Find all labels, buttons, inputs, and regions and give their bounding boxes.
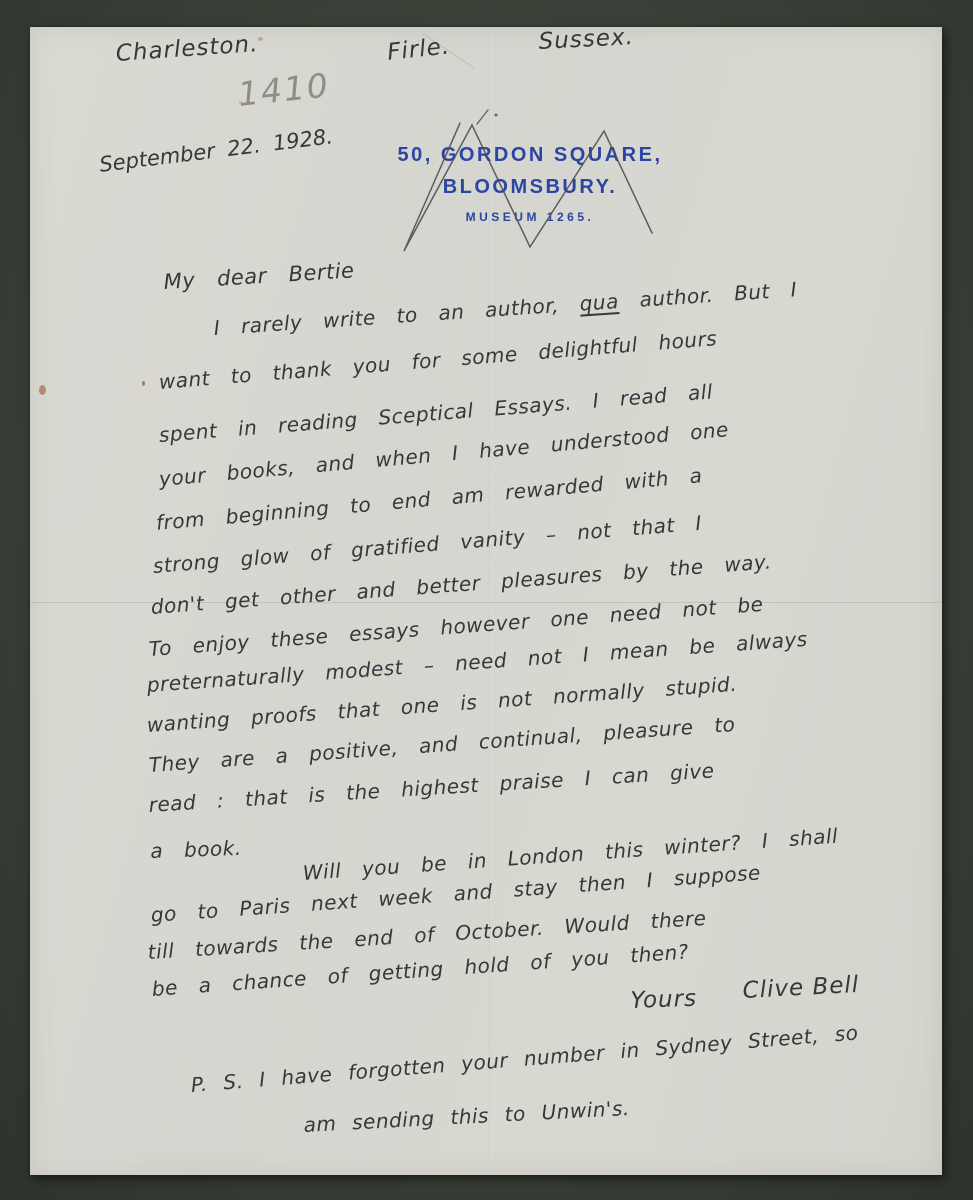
photo-backdrop: { "colors": { "backdrop": "#3a4037", "pa…: [0, 0, 973, 1200]
underlined-word-qua: qua: [579, 289, 620, 316]
handwritten-place-sussex: Sussex.: [538, 24, 634, 55]
salutation: My dear Bertie: [163, 258, 355, 294]
signature: Clive Bell: [742, 972, 860, 1004]
letter-paper: Charleston. Firle. Sussex. 1410 Septembe…: [30, 27, 942, 1175]
letterhead-address-line2: BLOOMSBURY.: [290, 176, 770, 199]
opening-pre: I rarely write to an author,: [213, 292, 580, 340]
foxing-spot: [142, 381, 145, 386]
pencil-catalog-number: 1410: [236, 65, 332, 113]
foxing-spot: [39, 385, 46, 395]
handwritten-place-firle: Firle.: [386, 33, 451, 65]
opening-post: author. But I: [618, 277, 798, 313]
handwritten-place-charleston: Charleston.: [115, 31, 259, 67]
foxing-spot: [258, 37, 263, 41]
postscript-line-2: am sending this to Unwin's.: [303, 1096, 630, 1137]
postscript-line-1: P. S. I have forgotten your number in Sy…: [190, 1020, 859, 1096]
valediction: Yours: [630, 986, 697, 1014]
letterhead-telephone: MUSEUM 1265.: [290, 210, 770, 224]
letterhead-address-line1: 50, GORDON SQUARE,: [290, 144, 770, 167]
body-line: a book.: [150, 836, 242, 863]
letterhead: 50, GORDON SQUARE, BLOOMSBURY. MUSEUM 12…: [290, 144, 770, 224]
